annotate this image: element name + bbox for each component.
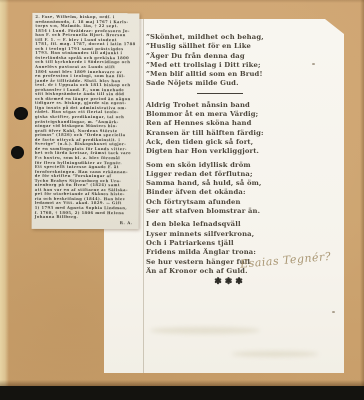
clipping-signature: R. A. [35, 219, 137, 224]
text-line: ”Skönhet, mildhet och behag, [146, 33, 306, 42]
text-line: Än af Kronor och af Guld. [146, 267, 306, 276]
board-top-edge [0, 0, 364, 3]
printer-ornament-icon: ❃❃❃ [200, 277, 260, 287]
paper-smudge [150, 327, 260, 334]
poem-stanza-2: Aldrig Trohet nånsin bandBlommor åt en m… [146, 101, 306, 157]
text-line: Kransen är till hälften färdig: [146, 129, 306, 138]
text-line: ”Men blif alltid som en Brud! [146, 70, 306, 79]
text-line: Och förtrytsam afunden [146, 198, 306, 207]
paper-speck [332, 311, 335, 313]
board-left-edge [0, 0, 9, 400]
text-line: ”Huslig sällhet för en Like [146, 42, 306, 51]
text-line: ”Med ett trollslag i Ditt rike; [146, 61, 306, 70]
text-line: I den bleka lefnadsqväll [146, 220, 306, 229]
scan-edge-strip [0, 386, 364, 400]
text-line: Aldrig Trohet nånsin band [146, 101, 306, 110]
newspaper-clipping: 2. Faxe, Wilhelm, biskop, ordf. inedannä… [32, 13, 140, 229]
paper-smudge [232, 351, 318, 357]
poem-stanza-4: I den bleka lefnadsqvällLyser minnets si… [146, 220, 306, 276]
board-right-edge [360, 0, 364, 400]
text-line: Sade Nöjets milde Gud. [146, 79, 306, 88]
paper-speck [312, 63, 315, 65]
text-line: Lyser minnets silfverkrona, [146, 230, 306, 239]
text-line: Och i Patriarkens tjäll [146, 239, 306, 248]
stanza-divider-rule [197, 93, 243, 94]
text-line: Ser att stafven blomstrar än. [146, 207, 306, 216]
text-line: Som en skön idyllisk dröm [146, 161, 306, 170]
text-line: Blommor åt en mera Värdig; [146, 110, 306, 119]
fold-crease [143, 19, 144, 373]
scanned-album-page: ”Skönhet, mildhet och behag,”Huslig säll… [0, 0, 364, 400]
punch-hole-top [14, 107, 28, 120]
poem-sheet: ”Skönhet, mildhet och behag,”Huslig säll… [104, 19, 344, 373]
text-line: Samma hand, så huld, så öm, [146, 179, 306, 188]
poem: ”Skönhet, mildhet och behag,”Huslig säll… [146, 33, 306, 280]
text-line: Binder äfven det okända: [146, 188, 306, 197]
text-line: Ack, den tiden gick så fort, [146, 138, 306, 147]
punch-hole-bottom [11, 146, 24, 159]
clipping-text: 2. Faxe, Wilhelm, biskop, ordf. inedannä… [35, 15, 138, 220]
poem-stanza-3: Som en skön idyllisk drömLigger redan de… [146, 161, 306, 217]
text-line: Ligger redan det förflutna; [146, 170, 306, 179]
text-line: Ren af Hennes sköna hand [146, 119, 306, 128]
text-line: Digten har Hon verkliggjort. [146, 147, 306, 156]
text-line: ”Äger Du från denna dag [146, 52, 306, 61]
poem-stanza-1: ”Skönhet, mildhet och behag,”Huslig säll… [146, 33, 306, 89]
